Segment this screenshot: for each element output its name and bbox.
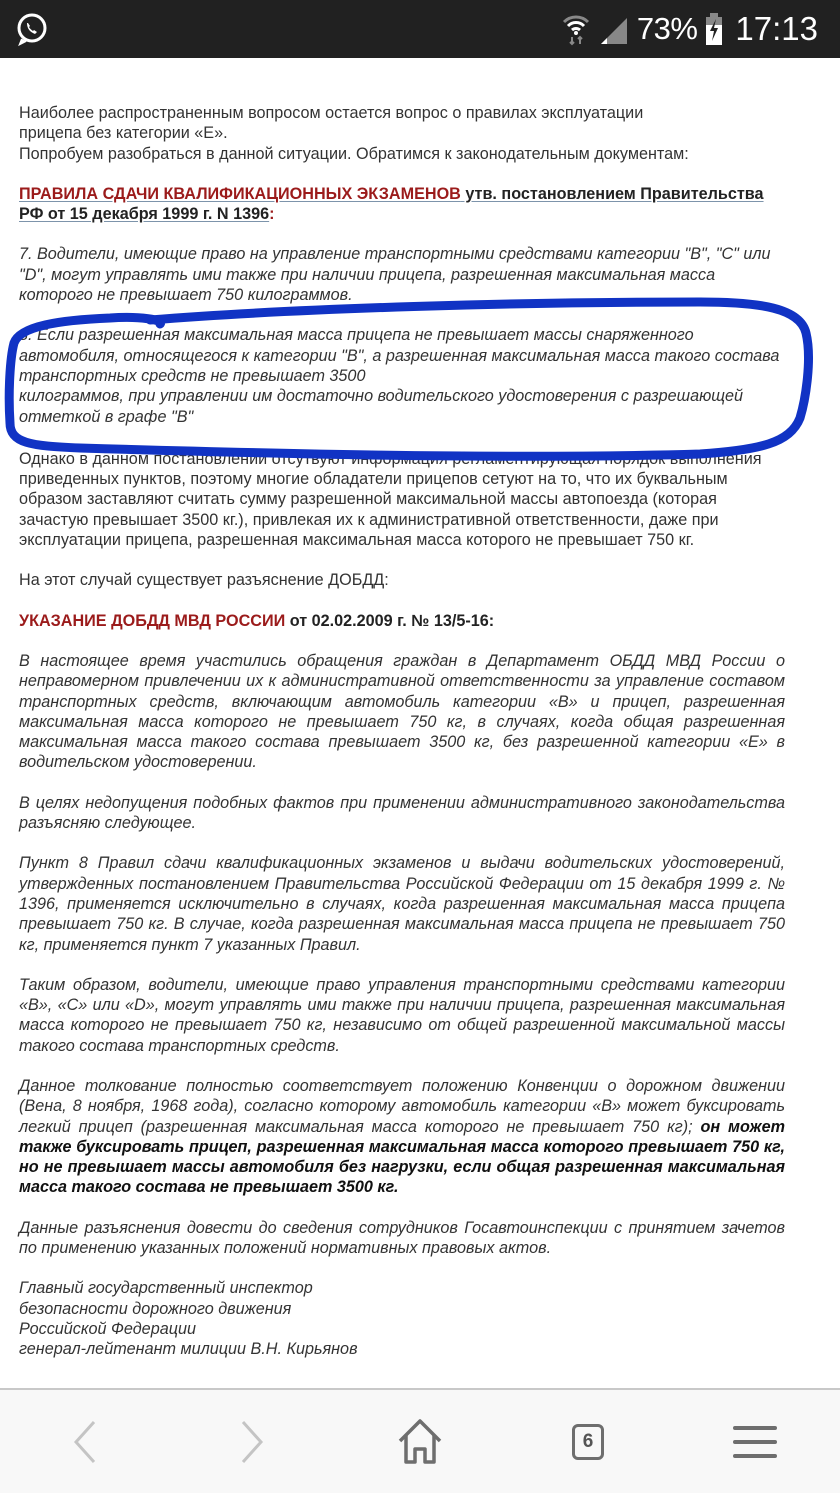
battery-charging-icon	[705, 13, 723, 45]
directive-paragraph-2: В целях недопущения подобных фактов при …	[19, 793, 785, 834]
directive-paragraph-6: Данные разъяснения довести до сведения с…	[19, 1218, 785, 1259]
directive-paragraph-5: Данное толкование полностью соответствуе…	[19, 1076, 785, 1198]
point-8: 8. Если разрешенная максимальная масса п…	[19, 325, 785, 426]
forward-button[interactable]	[212, 1402, 292, 1482]
web-page[interactable]: Наиболее распространенным вопросом остае…	[0, 58, 840, 1388]
rules-heading-link[interactable]: ПРАВИЛА СДАЧИ КВАЛИФИКАЦИОННЫХ ЭКЗАМЕНОВ…	[19, 184, 785, 225]
directive-number: от 02.02.2009 г. № 13/5-16:	[285, 612, 494, 630]
battery-percent: 73%	[637, 11, 698, 47]
status-bar: 73% 17:13	[0, 0, 840, 58]
chevron-right-icon	[237, 1420, 267, 1464]
directive-paragraph-3: Пункт 8 Правил сдачи квалификационных эк…	[19, 853, 785, 954]
home-button[interactable]	[380, 1402, 460, 1482]
clarification-intro: На этот случай существует разъяснение ДО…	[19, 570, 785, 590]
browser-bottom-toolbar: 6	[0, 1390, 840, 1493]
intro-paragraph: Наиболее распространенным вопросом остае…	[19, 103, 785, 164]
status-icons: 73% 17:13	[561, 8, 818, 50]
directive-title: УКАЗАНИЕ ДОБДД МВД РОССИИ	[19, 612, 285, 630]
article: Наиболее распространенным вопросом остае…	[19, 103, 785, 1380]
directive-paragraph-1: В настоящее время участились обращения г…	[19, 651, 785, 773]
clock: 17:13	[735, 10, 818, 48]
whatsapp-icon	[14, 11, 50, 47]
point-7: 7. Водители, имеющие право на управление…	[19, 244, 785, 305]
tab-count-badge: 6	[572, 1424, 604, 1460]
hamburger-menu-icon	[733, 1422, 777, 1462]
cell-signal-icon	[599, 12, 629, 46]
back-button[interactable]	[45, 1402, 125, 1482]
tabs-button[interactable]: 6	[548, 1402, 628, 1482]
home-icon	[397, 1419, 443, 1465]
however-paragraph: Однако в данном постановлении отсутвуют …	[19, 449, 785, 550]
wifi-data-icon	[561, 12, 591, 46]
directive-paragraph-4: Таким образом, водители, имеющие право у…	[19, 975, 785, 1056]
chevron-left-icon	[70, 1420, 100, 1464]
menu-button[interactable]	[715, 1402, 795, 1482]
signature-block: Главный государственный инспектор безопа…	[19, 1278, 785, 1359]
rules-title[interactable]: ПРАВИЛА СДАЧИ КВАЛИФИКАЦИОННЫХ ЭКЗАМЕНОВ	[19, 185, 461, 203]
directive-heading: УКАЗАНИЕ ДОБДД МВД РОССИИ от 02.02.2009 …	[19, 611, 785, 631]
